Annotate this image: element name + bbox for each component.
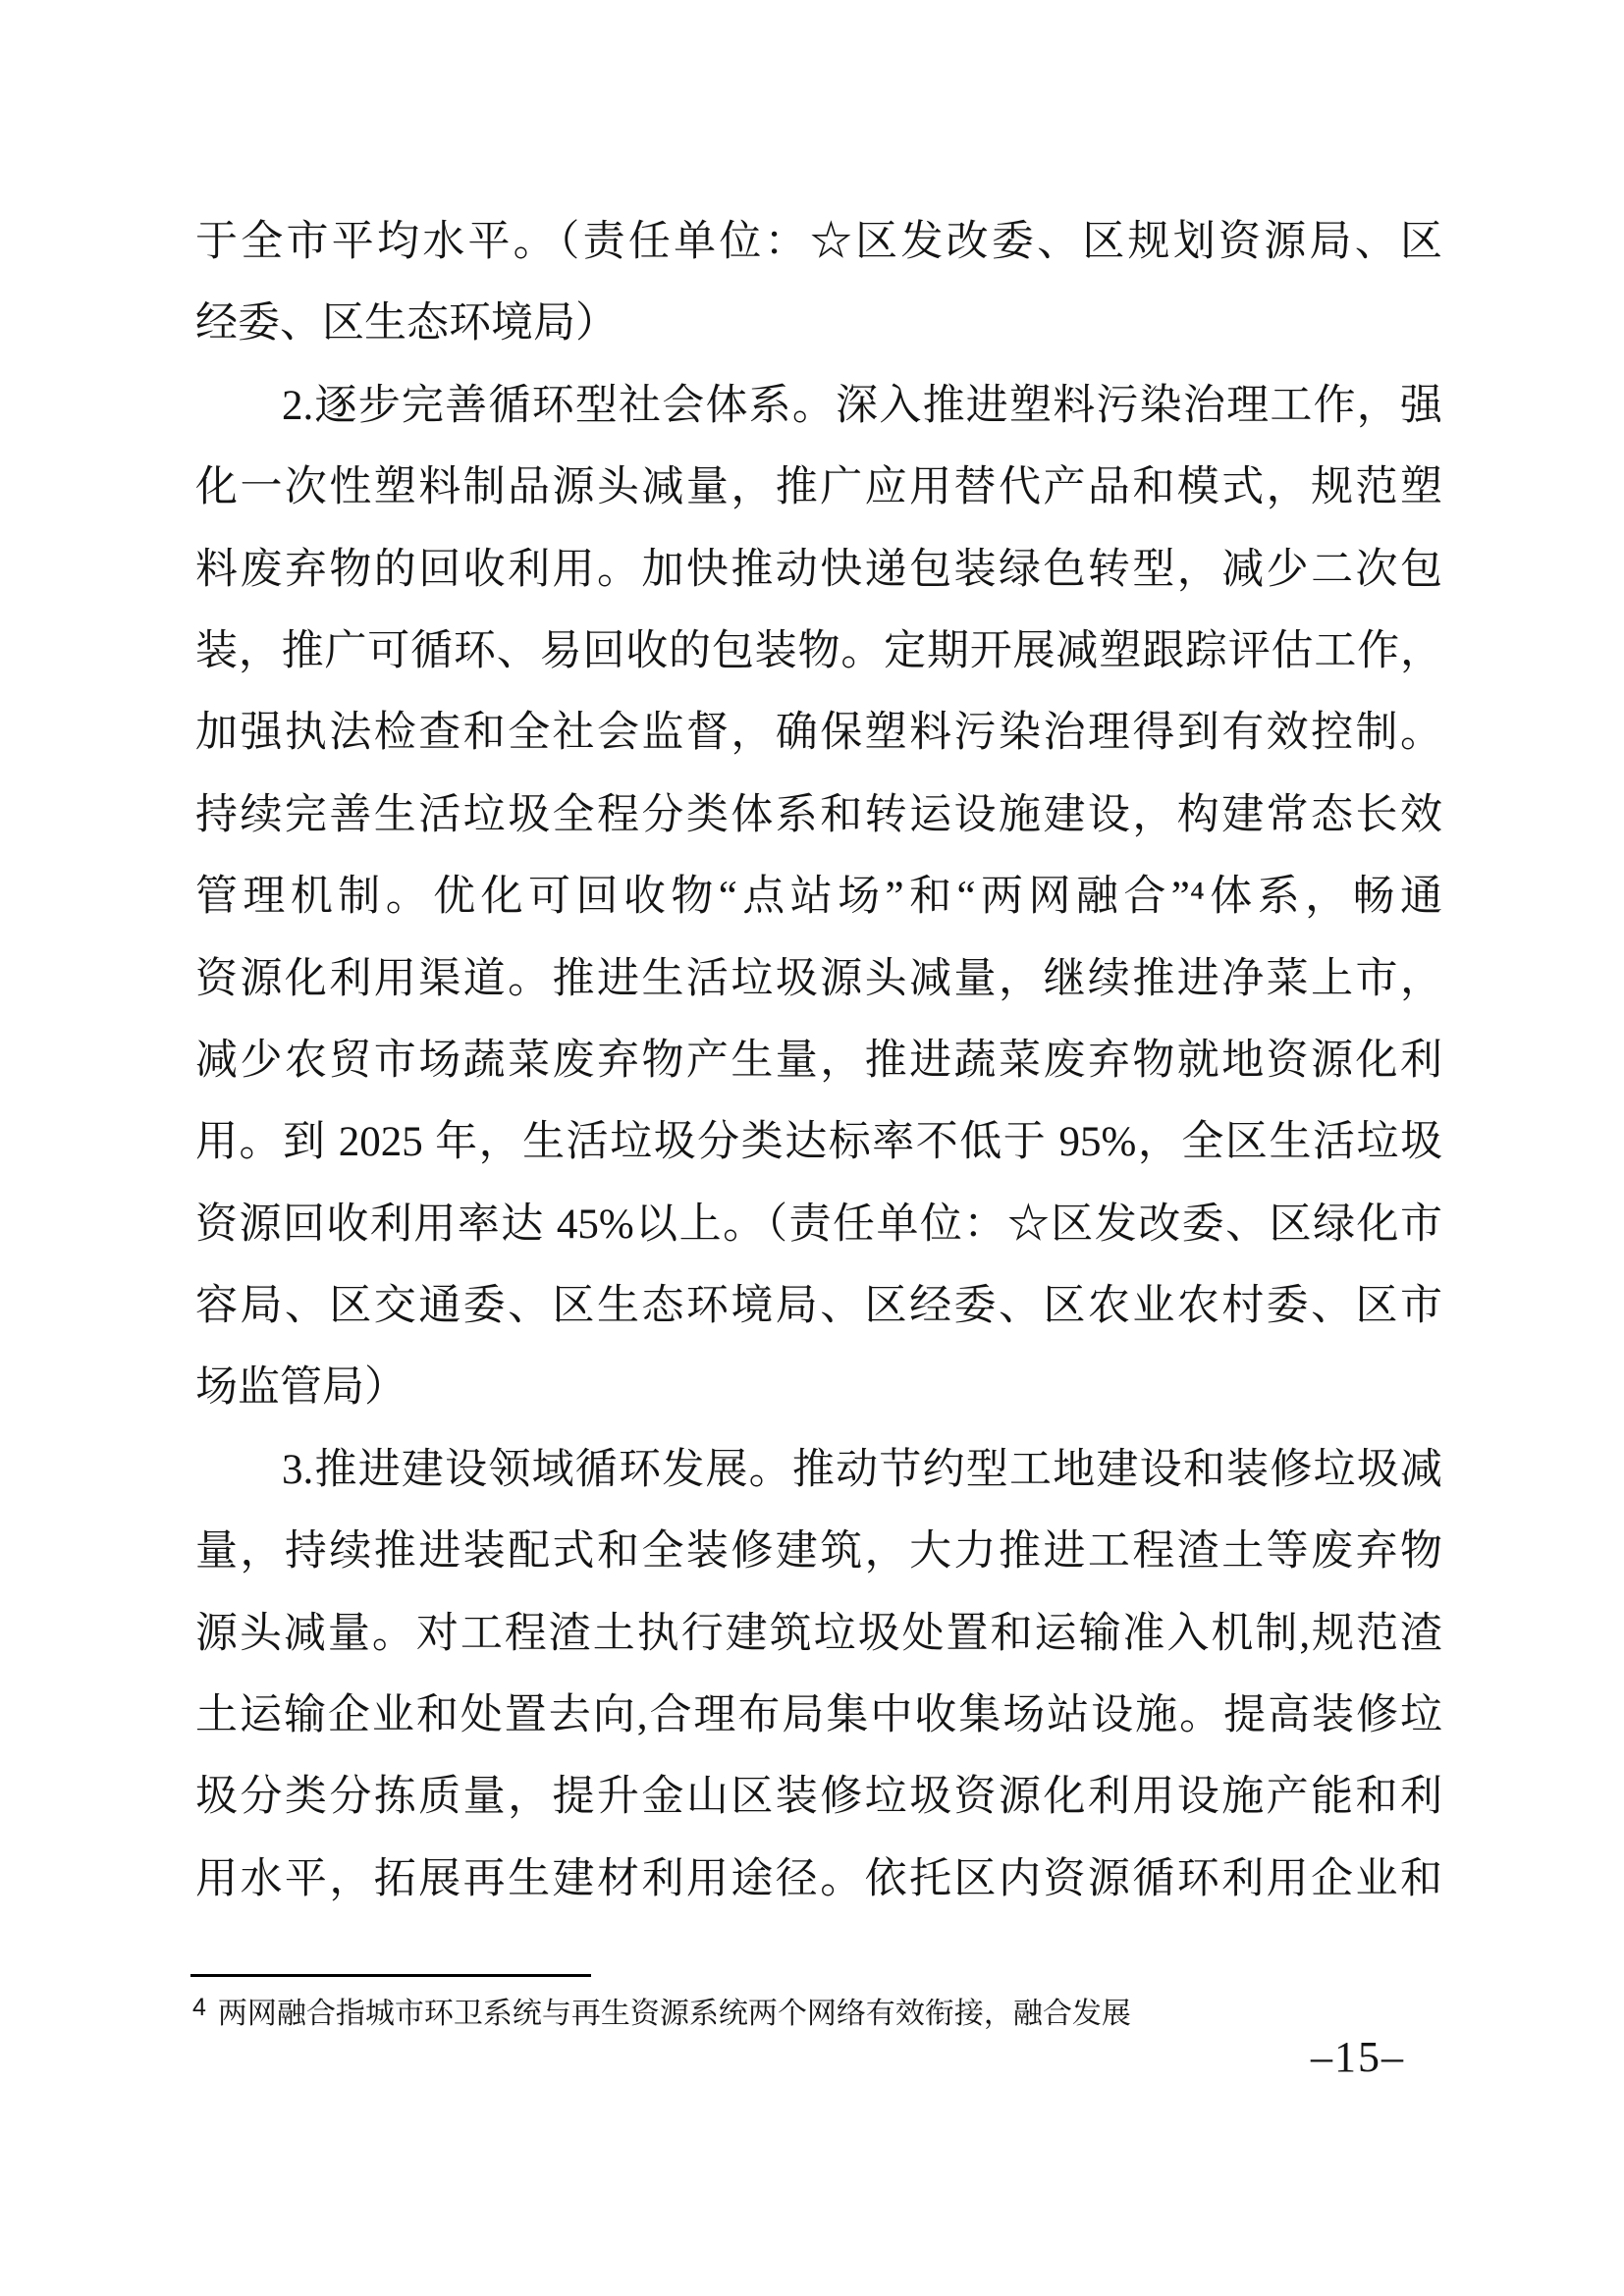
body-line: 容局、区交通委、区生态环境局、区经委、区农业农村委、区市 <box>195 1265 1442 1347</box>
body-line: 用。到 2025 年，生活垃圾分类达标率不低于 95%，全区生活垃圾 <box>195 1101 1442 1183</box>
footnote-separator-rule <box>190 1974 591 1977</box>
document-body: 于全市平均水平。（责任单位：☆区发改委、区规划资源局、区经委、区生态环境局）2.… <box>195 201 1442 1920</box>
body-line: 圾分类分拣质量，提升金山区装修垃圾资源化利用设施产能和利 <box>195 1756 1442 1838</box>
body-line: 于全市平均水平。（责任单位：☆区发改委、区规划资源局、区 <box>195 201 1442 283</box>
document-page: 于全市平均水平。（责任单位：☆区发改委、区规划资源局、区经委、区生态环境局）2.… <box>0 0 1624 2296</box>
body-line: 管理机制。优化可回收物“点站场”和“两网融合”⁴体系，畅通 <box>195 856 1442 937</box>
body-line: 用水平，拓展再生建材利用途径。依托区内资源循环利用企业和 <box>195 1839 1442 1920</box>
body-line: 减少农贸市场蔬菜废弃物产生量，推进蔬菜废弃物就地资源化利 <box>195 1020 1442 1101</box>
body-line: 量，持续推进装配式和全装修建筑，大力推进工程渣土等废弃物 <box>195 1511 1442 1592</box>
body-line: 经委、区生态环境局） <box>195 283 1442 364</box>
body-line: 土运输企业和处置去向,合理布局集中收集场站设施。提高装修垃 <box>195 1675 1442 1756</box>
body-line: 场监管局） <box>195 1347 1442 1428</box>
body-line: 料废弃物的回收利用。加快推动快递包装绿色转型，减少二次包 <box>195 529 1442 611</box>
body-line: 加强执法检查和全社会监督，确保塑料污染治理得到有效控制。 <box>195 692 1442 774</box>
body-line: 化一次性塑料制品源头减量，推广应用替代产品和模式，规范塑 <box>195 447 1442 528</box>
footnote: 4两网融合指城市环卫系统与再生资源系统两个网络有效衔接，融合发展 <box>192 1993 1371 2037</box>
footnote-marker: 4 <box>192 1986 206 2029</box>
body-line: 资源化利用渠道。推进生活垃圾源头减量，继续推进净菜上市， <box>195 938 1442 1020</box>
body-line: 资源回收利用率达 45%以上。（责任单位：☆区发改委、区绿化市 <box>195 1184 1442 1265</box>
body-line: 3.推进建设领域循环发展。推动节约型工地建设和装修垃圾减 <box>195 1429 1442 1511</box>
body-line: 源头减量。对工程渣土执行建筑垃圾处置和运输准入机制,规范渣 <box>195 1593 1442 1675</box>
body-line: 装，推广可循环、易回收的包装物。定期开展减塑跟踪评估工作， <box>195 611 1442 692</box>
footnote-text: 两网融合指城市环卫系统与再生资源系统两个网络有效衔接，融合发展 <box>218 1998 1131 2030</box>
page-number: –15– <box>1294 2032 1422 2083</box>
body-line: 持续完善生活垃圾全程分类体系和转运设施建设，构建常态长效 <box>195 774 1442 856</box>
body-line: 2.逐步完善循环型社会体系。深入推进塑料污染治理工作，强 <box>195 365 1442 447</box>
